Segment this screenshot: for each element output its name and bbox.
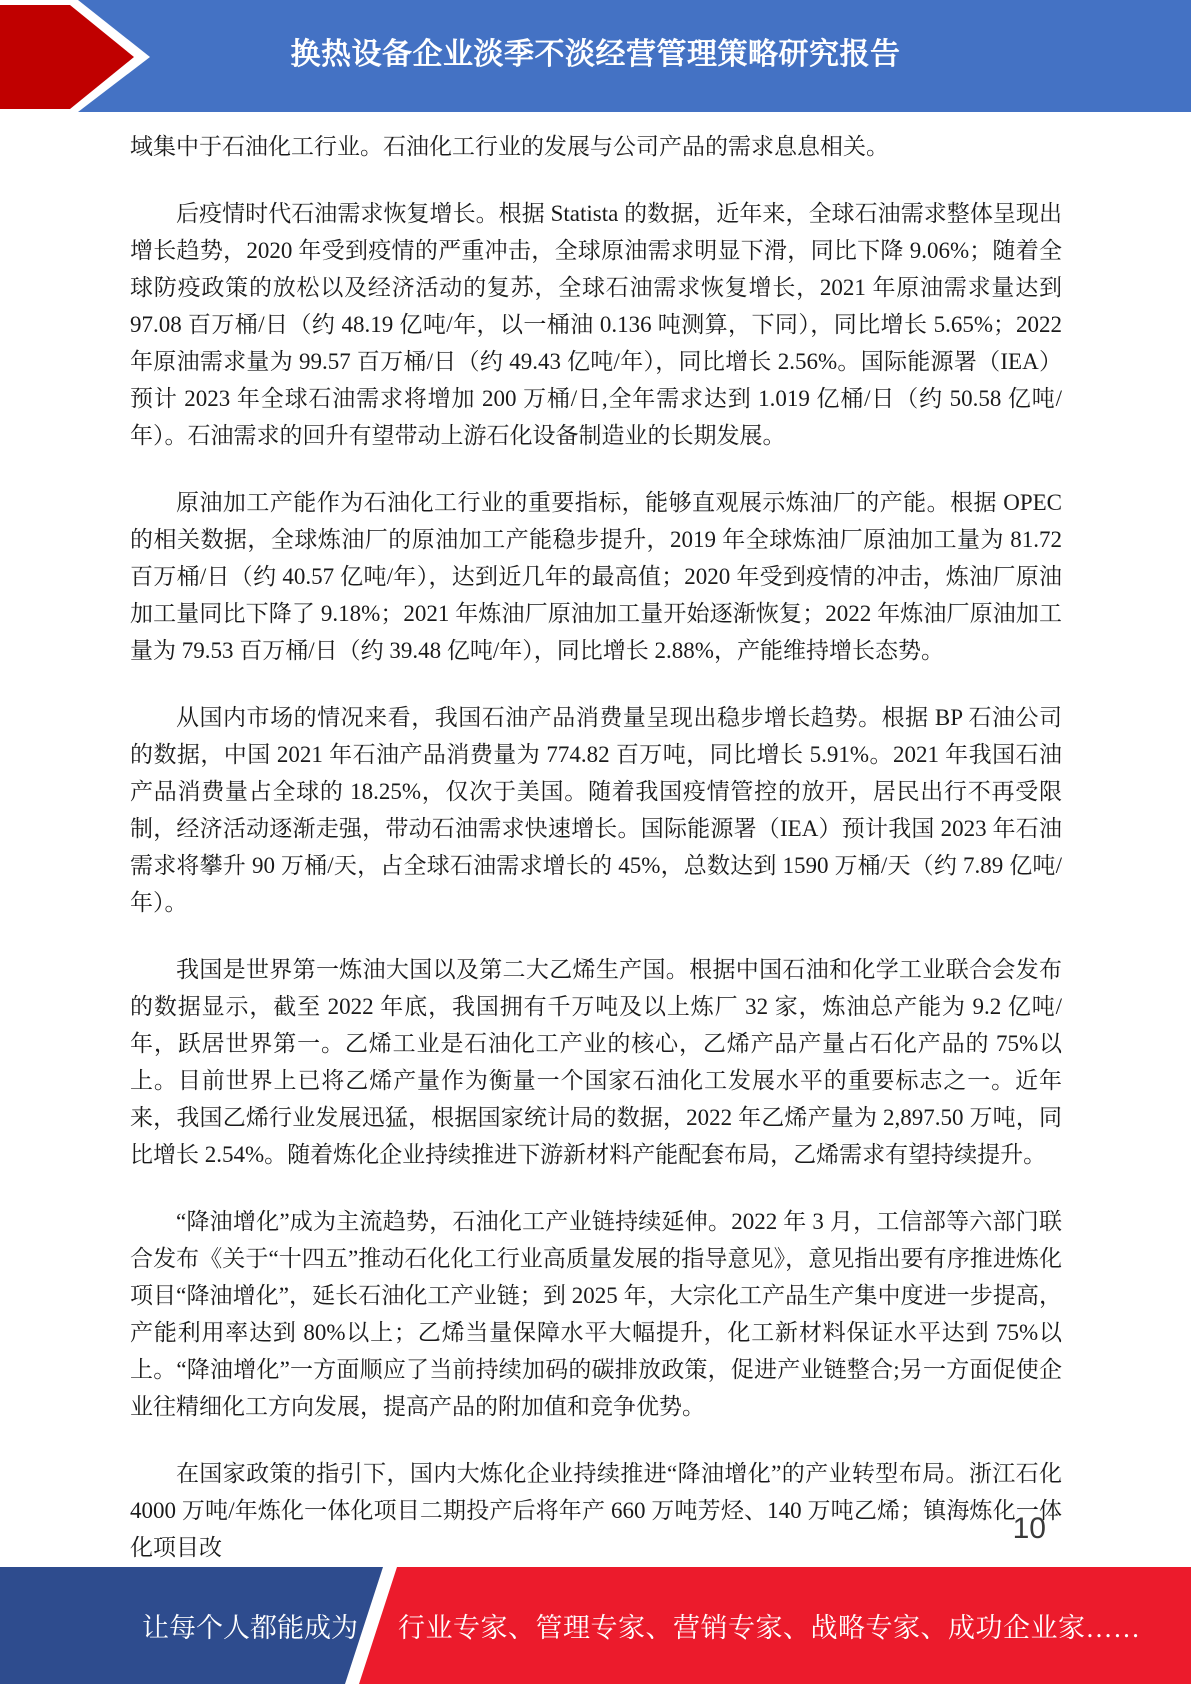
page-footer: 让每个人都能成为 行业专家、管理专家、营销专家、战略专家、成功企业家…… bbox=[0, 1567, 1191, 1684]
body-text: 域集中于石油化工行业。石油化工行业的发展与公司产品的需求息息相关。后疫情时代石油… bbox=[130, 128, 1062, 1596]
page-number: 10 bbox=[1013, 1512, 1046, 1546]
paragraph: 域集中于石油化工行业。石油化工行业的发展与公司产品的需求息息相关。 bbox=[130, 128, 1062, 165]
report-title: 换热设备企业淡季不淡经营管理策略研究报告 bbox=[291, 29, 901, 83]
document-page: 换热设备企业淡季不淡经营管理策略研究报告 域集中于石油化工行业。石油化工行业的发… bbox=[0, 0, 1191, 1684]
footer-slogan-left: 让每个人都能成为 bbox=[142, 1606, 358, 1645]
paragraph: 从国内市场的情况来看，我国石油产品消费量呈现出稳步增长趋势。根据 BP 石油公司… bbox=[130, 699, 1062, 921]
paragraph: 我国是世界第一炼油大国以及第二大乙烯生产国。根据中国石油和化学工业联合会发布的数… bbox=[130, 951, 1062, 1173]
paragraph: 后疫情时代石油需求恢复增长。根据 Statista 的数据，近年来，全球石油需求… bbox=[130, 195, 1062, 454]
paragraphs: 域集中于石油化工行业。石油化工行业的发展与公司产品的需求息息相关。后疫情时代石油… bbox=[130, 128, 1062, 1566]
footer-slogan-right: 行业专家、管理专家、营销专家、战略专家、成功企业家…… bbox=[398, 1606, 1141, 1645]
red-chevron-icon bbox=[0, 0, 160, 112]
paragraph: “降油增化”成为主流趋势，石油化工产业链持续延伸。2022 年 3 月，工信部等… bbox=[130, 1203, 1062, 1425]
report-header: 换热设备企业淡季不淡经营管理策略研究报告 bbox=[0, 0, 1191, 112]
paragraph: 在国家政策的指引下，国内大炼化企业持续推进“降油增化”的产业转型布局。浙江石化 … bbox=[130, 1455, 1062, 1566]
paragraph: 原油加工产能作为石油化工行业的重要指标，能够直观展示炼油厂的产能。根据 OPEC… bbox=[130, 484, 1062, 669]
